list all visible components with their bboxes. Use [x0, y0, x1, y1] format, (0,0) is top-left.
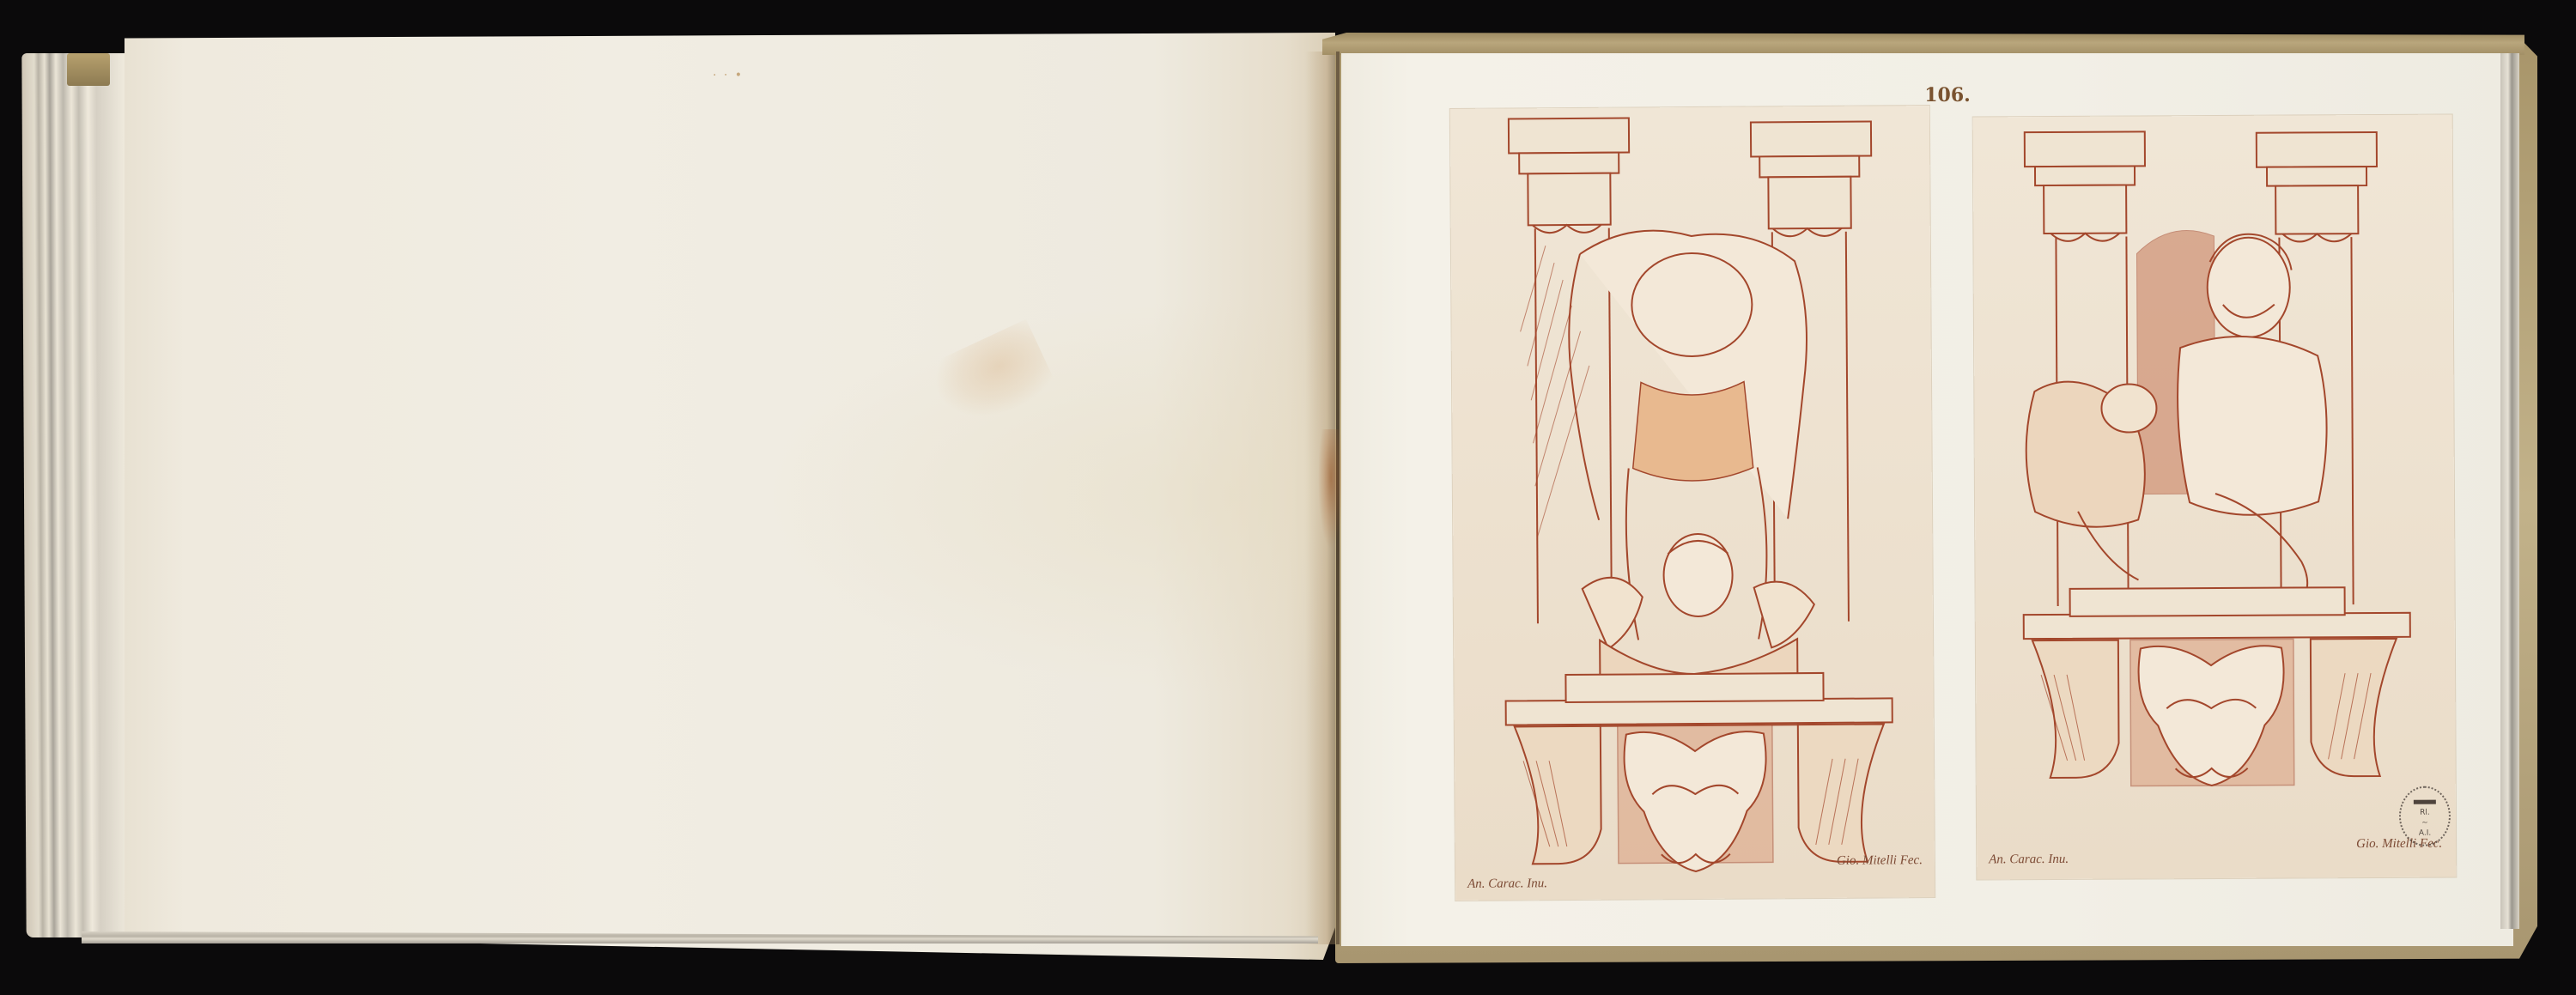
stamp-line-2: ~	[2421, 819, 2428, 828]
inventor-signature: An. Carac. Inu.	[1467, 877, 1547, 892]
binding-tab	[67, 53, 110, 86]
engraving-print-2: An. Carac. Inu. Gio. Mitelli Fec. Rl. ~ …	[1973, 115, 2457, 880]
gutter-rust-stain	[1318, 429, 1344, 549]
engraver-signature: Gio. Mitelli Fec.	[1837, 853, 1923, 869]
spine-top-edge	[1322, 33, 2524, 55]
engraving-illustration-1	[1450, 106, 1935, 901]
crown-icon	[2414, 800, 2436, 804]
page-number: 106.	[1922, 84, 1973, 106]
inventor-signature: An. Carac. Inu.	[1989, 852, 2069, 867]
left-page-ink-mark: · ‧ •	[713, 69, 761, 84]
stamp-line-1: Rl.	[2420, 809, 2430, 817]
stamp-line-3: A.I.	[2419, 829, 2431, 838]
right-page-block-edges	[2500, 53, 2519, 929]
left-page-block-edges	[21, 53, 129, 937]
library-stamp-icon: Rl. ~ A.I.	[2399, 786, 2451, 846]
engraving-print-1: An. Carac. Inu. Gio. Mitelli Fec.	[1450, 106, 1935, 901]
left-page	[125, 33, 1335, 960]
album-photograph: · ‧ • 106.	[0, 0, 2576, 995]
engraving-illustration-2	[1973, 115, 2457, 880]
